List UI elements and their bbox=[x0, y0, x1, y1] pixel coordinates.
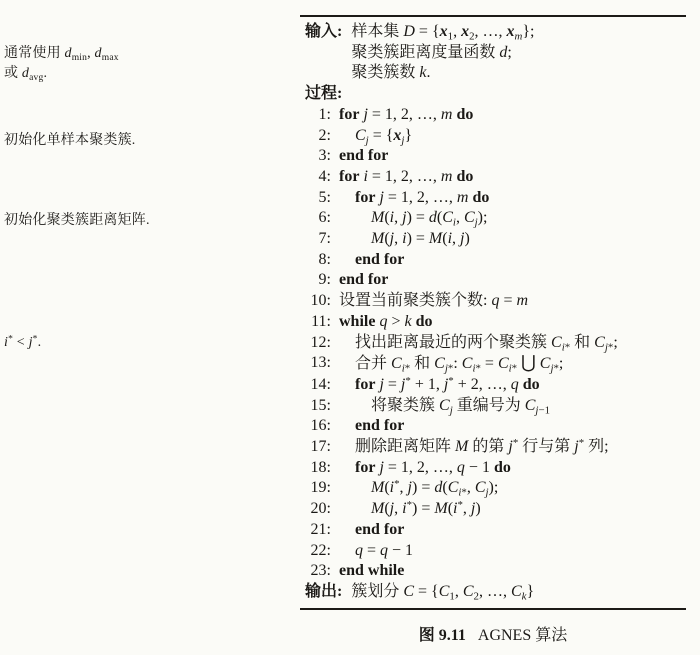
margin-note-istar-jstar: i* < j*. bbox=[4, 333, 234, 353]
figure-title: AGNES 算法 bbox=[478, 627, 567, 644]
step-number: 4: bbox=[305, 167, 331, 188]
input-line-sample-set: 样本集 D = {x1, x2, …, xm}; bbox=[351, 22, 684, 43]
algorithm-step: 21:end for bbox=[305, 520, 684, 541]
algorithm-step: 2:Cj = {xj} bbox=[305, 126, 684, 147]
algorithm-step: 9:end for bbox=[305, 270, 684, 291]
input-lines: 样本集 D = {x1, x2, …, xm}; 聚类簇距离度量函数 d; 聚类… bbox=[351, 22, 684, 84]
step-number: 2: bbox=[305, 126, 331, 147]
step-number: 20: bbox=[305, 499, 331, 520]
step-text: 找出距离最近的两个聚类簇 Ci* 和 Cj*; bbox=[339, 333, 618, 354]
step-text: 删除距离矩阵 M 的第 j* 行与第 j* 列; bbox=[339, 437, 609, 458]
output-label: 输出: bbox=[305, 582, 351, 603]
step-number: 1: bbox=[305, 105, 331, 126]
step-number: 19: bbox=[305, 478, 331, 499]
step-number: 13: bbox=[305, 353, 331, 374]
step-text: 设置当前聚类簇个数: q = m bbox=[339, 291, 528, 312]
step-number: 14: bbox=[305, 375, 331, 396]
step-text: for j = j* + 1, j* + 2, …, q do bbox=[339, 375, 540, 396]
step-text: Cj = {xj} bbox=[339, 126, 412, 147]
step-number: 21: bbox=[305, 520, 331, 541]
algorithm-input-block: 输入: 样本集 D = {x1, x2, …, xm}; 聚类簇距离度量函数 d… bbox=[305, 22, 684, 84]
margin-note-init-matrix: 初始化聚类簇距离矩阵. bbox=[4, 211, 234, 231]
step-text: end for bbox=[339, 270, 388, 291]
algorithm-steps: 1:for j = 1, 2, …, m do2:Cj = {xj}3:end … bbox=[305, 105, 684, 582]
step-number: 22: bbox=[305, 541, 331, 562]
step-text: M(i*, j) = d(Ci*, Cj); bbox=[339, 478, 498, 499]
step-number: 18: bbox=[305, 458, 331, 479]
margin-note-init-clusters: 初始化单样本聚类簇. bbox=[4, 131, 234, 151]
input-line-cluster-count: 聚类簇数 k. bbox=[351, 63, 684, 84]
step-number: 12: bbox=[305, 333, 331, 354]
step-text: for j = 1, 2, …, m do bbox=[339, 188, 489, 209]
algorithm-step: 5:for j = 1, 2, …, m do bbox=[305, 188, 684, 209]
step-text: end while bbox=[339, 561, 404, 582]
algorithm-step: 12:找出距离最近的两个聚类簇 Ci* 和 Cj*; bbox=[305, 333, 684, 354]
step-text: end for bbox=[339, 520, 404, 541]
step-number: 11: bbox=[305, 312, 331, 333]
book-page: { "colors": { "paper": "#fbfbf7", "ink":… bbox=[0, 0, 700, 655]
step-text: for j = 1, 2, …, q − 1 do bbox=[339, 458, 511, 479]
step-text: M(j, i) = M(i, j) bbox=[339, 229, 470, 250]
algorithm-step: 8:end for bbox=[305, 250, 684, 271]
step-number: 17: bbox=[305, 437, 331, 458]
algorithm-step: 6:M(i, j) = d(Ci, Cj); bbox=[305, 208, 684, 229]
input-line-distance-function: 聚类簇距离度量函数 d; bbox=[351, 43, 684, 64]
algorithm-step: 22:q = q − 1 bbox=[305, 541, 684, 562]
input-label: 输入: bbox=[305, 22, 351, 43]
step-number: 23: bbox=[305, 561, 331, 582]
step-text: end for bbox=[339, 146, 388, 167]
step-text: M(i, j) = d(Ci, Cj); bbox=[339, 208, 487, 229]
algorithm-step: 17:删除距离矩阵 M 的第 j* 行与第 j* 列; bbox=[305, 437, 684, 458]
step-number: 15: bbox=[305, 396, 331, 417]
algorithm-output-block: 输出: 簇划分 C = {C1, C2, …, Ck} bbox=[305, 582, 684, 603]
step-number: 9: bbox=[305, 270, 331, 291]
step-number: 10: bbox=[305, 291, 331, 312]
algorithm-step: 19:M(i*, j) = d(Ci*, Cj); bbox=[305, 478, 684, 499]
step-text: while q > k do bbox=[339, 312, 433, 333]
figure-caption: 图 9.11AGNES 算法 bbox=[300, 622, 686, 645]
algorithm-step: 18:for j = 1, 2, …, q − 1 do bbox=[305, 458, 684, 479]
step-number: 8: bbox=[305, 250, 331, 271]
algorithm-step: 14:for j = j* + 1, j* + 2, …, q do bbox=[305, 375, 684, 396]
step-text: for i = 1, 2, …, m do bbox=[339, 167, 473, 188]
step-text: M(j, i*) = M(i*, j) bbox=[339, 499, 481, 520]
margin-notes: 通常使用 dmin, dmax或 davg. 初始化单样本聚类簇. 初始化聚类簇… bbox=[4, 0, 290, 655]
algorithm-step: 10:设置当前聚类簇个数: q = m bbox=[305, 291, 684, 312]
algorithm-step: 4:for i = 1, 2, …, m do bbox=[305, 167, 684, 188]
step-number: 7: bbox=[305, 229, 331, 250]
step-number: 6: bbox=[305, 208, 331, 229]
algorithm-step: 7:M(j, i) = M(i, j) bbox=[305, 229, 684, 250]
step-text: 合并 Ci* 和 Cj*: Ci* = Ci* ⋃ Cj*; bbox=[339, 353, 563, 375]
algorithm-step: 20:M(j, i*) = M(i*, j) bbox=[305, 499, 684, 520]
step-text: for j = 1, 2, …, m do bbox=[339, 105, 473, 126]
process-label: 过程: bbox=[305, 84, 684, 105]
algorithm-step: 3:end for bbox=[305, 146, 684, 167]
step-number: 5: bbox=[305, 188, 331, 209]
figure-number: 图 9.11 bbox=[419, 627, 466, 644]
step-text: 将聚类簇 Cj 重编号为 Cj−1 bbox=[339, 396, 550, 417]
algorithm-step: 15:将聚类簇 Cj 重编号为 Cj−1 bbox=[305, 396, 684, 417]
algorithm-step: 11:while q > k do bbox=[305, 312, 684, 333]
step-number: 16: bbox=[305, 416, 331, 437]
algorithm-box: 输入: 样本集 D = {x1, x2, …, xm}; 聚类簇距离度量函数 d… bbox=[300, 15, 686, 610]
algorithm-step: 13:合并 Ci* 和 Cj*: Ci* = Ci* ⋃ Cj*; bbox=[305, 353, 684, 375]
algorithm-step: 1:for j = 1, 2, …, m do bbox=[305, 105, 684, 126]
algorithm-step: 16:end for bbox=[305, 416, 684, 437]
step-text: end for bbox=[339, 250, 404, 271]
output-text: 簇划分 C = {C1, C2, …, Ck} bbox=[351, 582, 684, 603]
step-text: end for bbox=[339, 416, 404, 437]
step-number: 3: bbox=[305, 146, 331, 167]
step-text: q = q − 1 bbox=[339, 541, 413, 562]
margin-note-distance-functions: 通常使用 dmin, dmax或 davg. bbox=[4, 44, 234, 84]
algorithm-step: 23:end while bbox=[305, 561, 684, 582]
